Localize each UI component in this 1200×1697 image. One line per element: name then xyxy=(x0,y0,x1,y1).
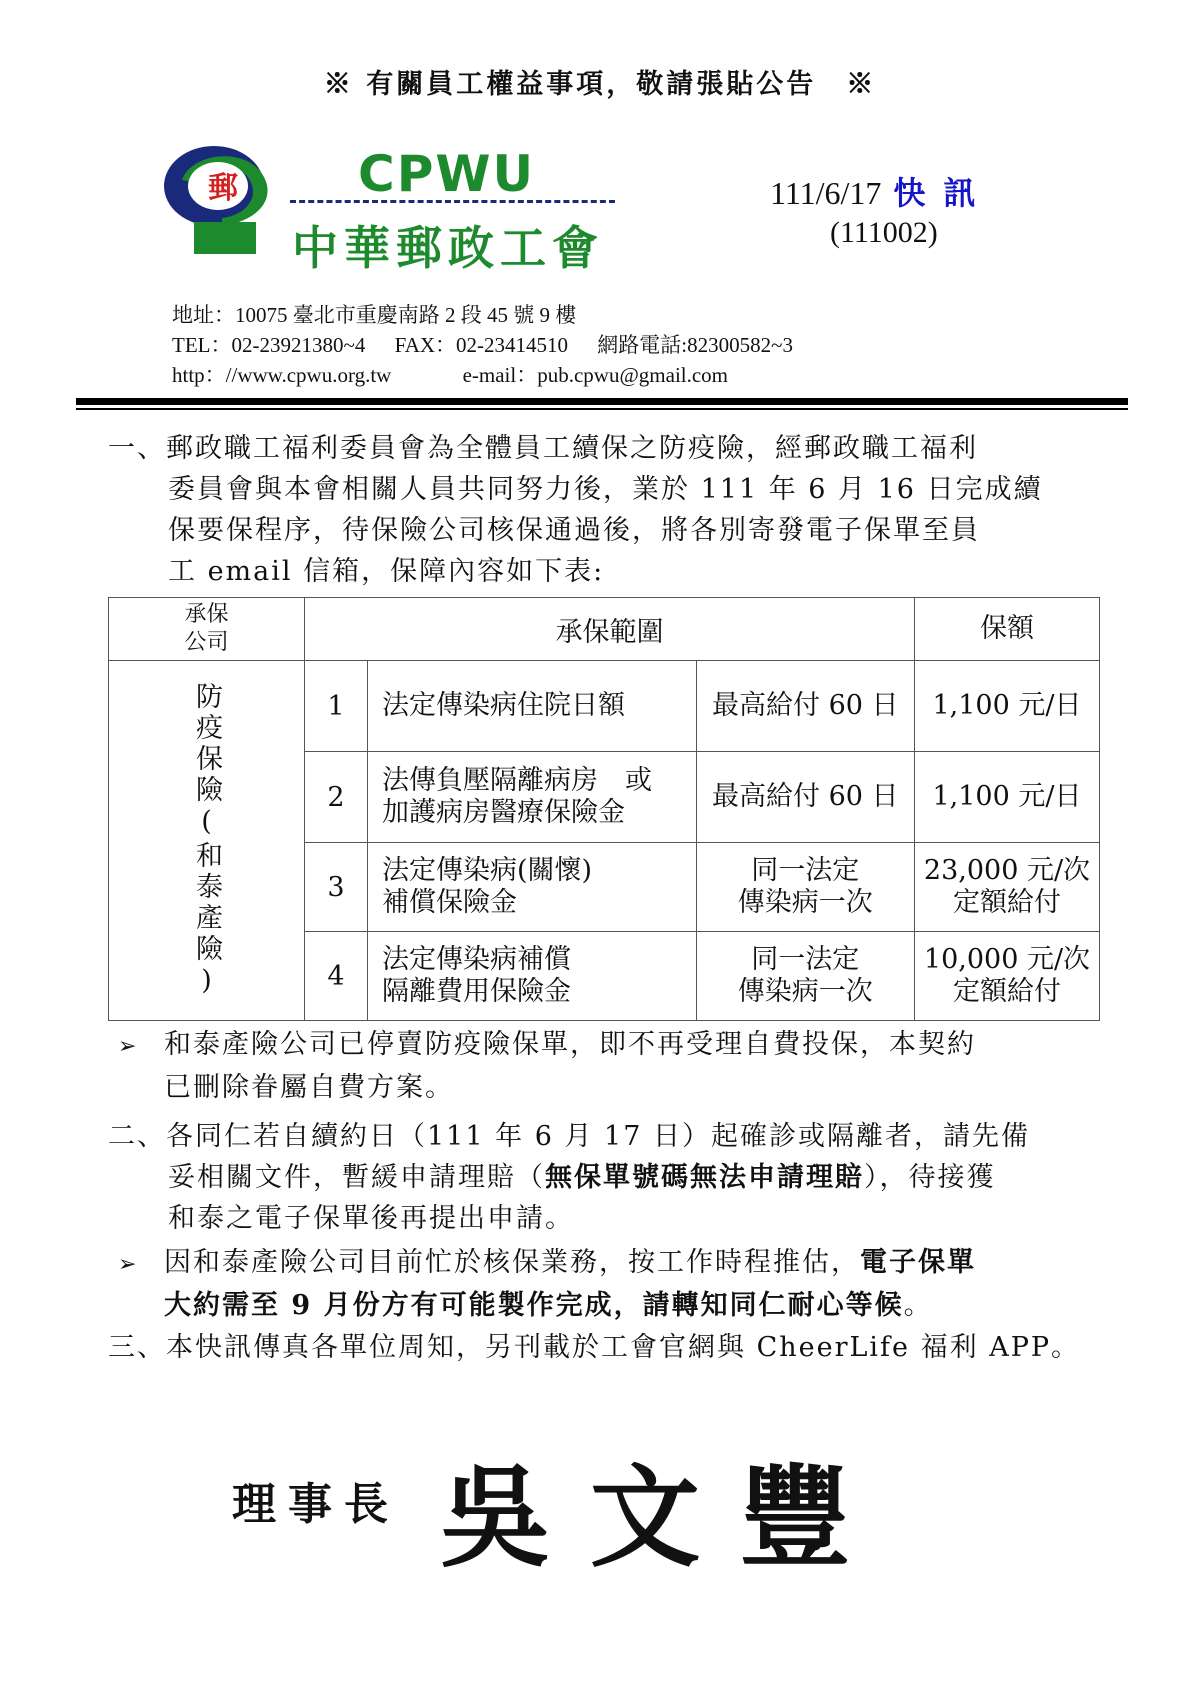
row-number: 2 xyxy=(305,752,368,843)
row-number: 1 xyxy=(305,661,368,752)
row-number: 4 xyxy=(305,932,368,1021)
arrow-bullet-icon: ➢ xyxy=(118,1244,164,1285)
posting-notice: ※ 有關員工權益事項，敬請張貼公告 ※ xyxy=(0,62,1200,101)
insurer-name: 防疫保險(和泰產險) xyxy=(187,682,226,1000)
coverage-item: 法傳負壓隔離病房 或加護病房醫療保險金 xyxy=(368,752,697,843)
section-3: 三、本快訊傳真各單位周知，另刊載於工會官網與 CheerLife 福利 APP。 xyxy=(108,1327,1148,1368)
coverage-limit: 同一法定傳染病一次 xyxy=(696,932,914,1021)
header-rule-thin xyxy=(76,408,1128,410)
coverage-table: 承保 公司 承保範圍 保額 防疫保險(和泰產險) 1 法定傳染病住院日額 最高給… xyxy=(108,597,1100,1021)
logo-text-english: CPWU xyxy=(358,145,535,203)
section-1: 一、郵政職工福利委員會為全體員工續保之防疫險，經郵政職工福利 委員會與本會相關人… xyxy=(108,428,1108,592)
bullet-note-1: ➢和泰產險公司已停賣防疫險保單，即不再受理自費投保，本契約 已刪除眷屬自費方案。 xyxy=(118,1024,1108,1108)
section-1-line: 一、郵政職工福利委員會為全體員工續保之防疫險，經郵政職工福利 xyxy=(108,428,1108,469)
bulletin-date: 111/6/17 xyxy=(770,175,881,211)
arrow-bullet-icon: ➢ xyxy=(118,1026,164,1067)
insurer-cell: 防疫保險(和泰產險) xyxy=(109,661,305,1021)
coverage-item: 法定傳染病(關懷)補償保險金 xyxy=(368,843,697,932)
phone-line: TEL：02-23921380~4 FAX：02-23414510 網路電話:8… xyxy=(172,330,793,360)
fax: FAX：02-23414510 xyxy=(395,333,568,357)
coverage-limit: 同一法定傳染病一次 xyxy=(696,843,914,932)
section-1-line: 保要保程序，待保險公司核保通過後，將各別寄發電子保單至員 xyxy=(108,510,1108,551)
address: 地址：10075 臺北市重慶南路 2 段 45 號 9 樓 xyxy=(172,300,793,330)
coverage-amount: 23,000 元/次定額給付 xyxy=(914,843,1099,932)
table-row: 防疫保險(和泰產險) 1 法定傳染病住院日額 最高給付 60 日 1,100 元… xyxy=(109,661,1100,752)
header-rule xyxy=(76,398,1128,405)
logo-divider xyxy=(290,200,615,203)
header-scope: 承保範圍 xyxy=(305,598,915,661)
bulletin-date-line: 111/6/17快訊 xyxy=(770,168,993,214)
logo-text-chinese: 中華郵政工會 xyxy=(292,212,604,278)
row-number: 3 xyxy=(305,843,368,932)
website-link[interactable]: http：//www.cpwu.org.tw xyxy=(172,363,391,387)
coverage-limit: 最高給付 60 日 xyxy=(696,661,914,752)
email-link[interactable]: e-mail：pub.cpwu@gmail.com xyxy=(463,363,728,387)
bullet-note-2: ➢因和泰產險公司目前忙於核保業務，按工作時程推估，電子保單 大約需至 9 月份方… xyxy=(118,1242,1108,1326)
emphasis-text: 大約需至 9 月份方有可能製作完成，請轉知同仁耐心等候 xyxy=(164,1290,904,1321)
coverage-amount: 1,100 元/日 xyxy=(914,661,1099,752)
flash-label: 快訊 xyxy=(893,175,993,211)
net-phone: 網路電話:82300582~3 xyxy=(597,333,793,357)
svg-text:郵: 郵 xyxy=(208,171,238,206)
coverage-item: 法定傳染病補償隔離費用保險金 xyxy=(368,932,697,1021)
emphasis-text: 電子保單 xyxy=(860,1247,976,1278)
section-1-line: 委員會與本會相關人員共同努力後，業於 111 年 6 月 16 日完成續 xyxy=(108,469,1108,510)
document-number: (111002) xyxy=(830,216,938,250)
header-company: 承保 公司 xyxy=(109,598,305,661)
coverage-amount: 1,100 元/日 xyxy=(914,752,1099,843)
emphasis-text: 無保單號碼無法申請理賠 xyxy=(545,1162,864,1193)
table-header-row: 承保 公司 承保範圍 保額 xyxy=(109,598,1100,661)
contact-info: 地址：10075 臺北市重慶南路 2 段 45 號 9 樓 TEL：02-239… xyxy=(172,300,793,390)
section-2: 二、各同仁若自續約日（111 年 6 月 17 日）起確診或隔離者，請先備 妥相… xyxy=(108,1116,1108,1239)
union-emblem-icon: 郵 xyxy=(162,140,282,260)
signatory-name: 吳文豐 xyxy=(440,1430,890,1588)
signatory-title: 理事長 xyxy=(232,1468,400,1532)
section-1-line: 工 email 信箱，保障內容如下表: xyxy=(108,551,1108,592)
coverage-amount: 10,000 元/次定額給付 xyxy=(914,932,1099,1021)
web-line: http：//www.cpwu.org.tw e-mail：pub.cpwu@g… xyxy=(172,360,793,390)
coverage-limit: 最高給付 60 日 xyxy=(696,752,914,843)
coverage-item: 法定傳染病住院日額 xyxy=(368,661,697,752)
header-amount: 保額 xyxy=(914,598,1099,661)
tel: TEL：02-23921380~4 xyxy=(172,333,365,357)
